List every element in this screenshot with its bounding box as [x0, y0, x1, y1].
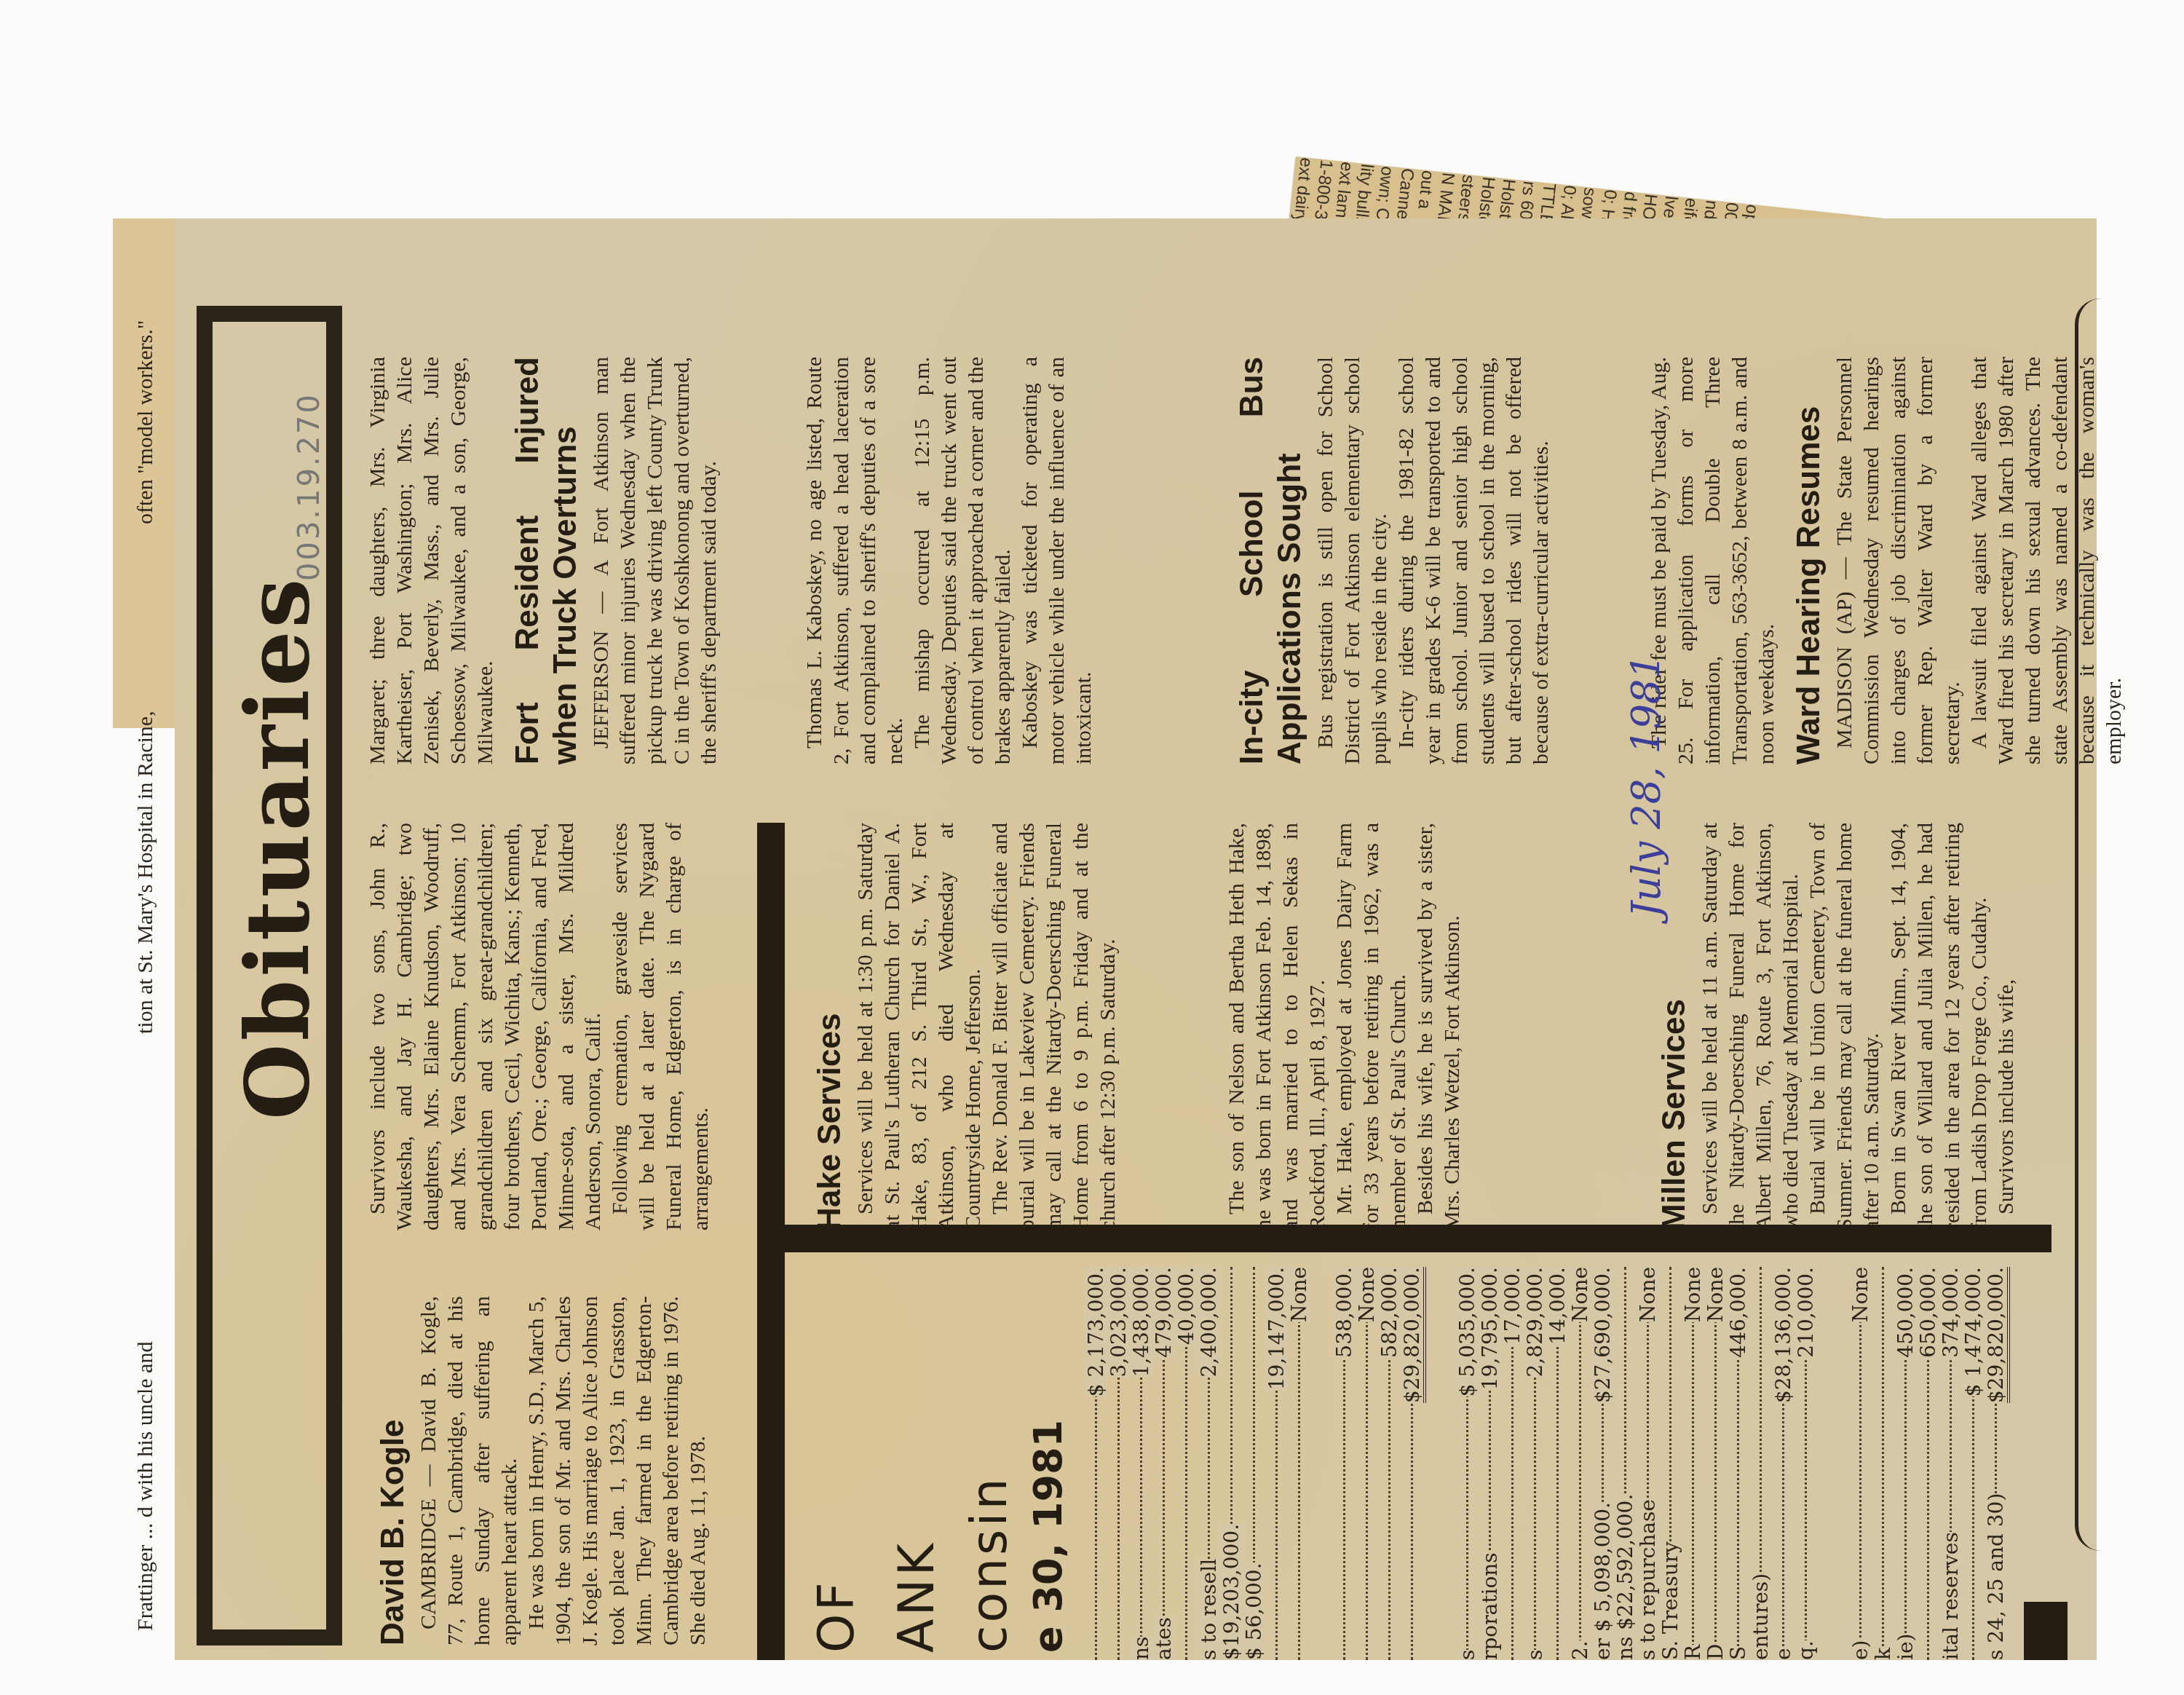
- leader-dots: [1366, 1267, 1368, 1660]
- ledger-label: rporations: [1479, 1552, 1501, 1660]
- ledger-row: RNone: [1682, 1267, 1704, 1660]
- ledger-value: 1,438,000.: [1130, 1267, 1152, 1377]
- paragraph: CAMBRIDGE — David B. Kogle, 77, Route 1,…: [415, 1296, 523, 1645]
- leader-dots: [1714, 1267, 1717, 1660]
- ledger-value: 446,000.: [1727, 1267, 1749, 1358]
- ledger-label: $ 56,000.: [1243, 1562, 1265, 1660]
- ledger-row: 2.None: [1569, 1267, 1591, 1660]
- ledger-value: 479,000.: [1152, 1267, 1175, 1358]
- paragraph: In-city riders during the 1981-82 school…: [1393, 357, 1554, 764]
- paragraph: Burial will be in Union Cemetery, Town o…: [1804, 823, 1885, 1230]
- ledger-row: ital reserves374,000.: [1939, 1267, 1962, 1660]
- ledger-row: S446,000.: [1727, 1267, 1749, 1660]
- ledger-row: 17,000.: [1501, 1267, 1524, 1660]
- bank-title-fragment: OF: [808, 1579, 866, 1653]
- ledger-row: $ 1,474,000.: [1962, 1267, 1985, 1660]
- ledger-row: None: [1288, 1267, 1310, 1660]
- ledger-row: 19,147,000.: [1265, 1267, 1288, 1660]
- ledger-value: None: [1569, 1267, 1591, 1322]
- ledger-value: 14,000.: [1546, 1267, 1569, 1345]
- ledger-row: e$28,136,000.: [1772, 1267, 1795, 1660]
- article-kogle: David B. Kogle CAMBRIDGE — David B. Kogl…: [364, 1296, 711, 1645]
- ledger-label: ital reserves: [1939, 1532, 1962, 1660]
- article-hake: Hake Services Services will be held at 1…: [801, 823, 1121, 1230]
- ledger-label: s: [1456, 1650, 1479, 1660]
- ledger-value: 582,000.: [1378, 1267, 1401, 1358]
- ledger-value: None: [1288, 1267, 1310, 1322]
- ledger-value: None: [1704, 1267, 1727, 1322]
- prev-article-fragment: Frattinger ... d with his uncle and: [131, 1342, 160, 1631]
- paragraph: JEFFERSON — A Fort Atkinson man suffered…: [587, 357, 722, 764]
- ledger-row: S. Treasury: [1659, 1267, 1682, 1660]
- ledger-value: $ 1,474,000.: [1962, 1267, 1985, 1396]
- ledger-value: 17,000.: [1501, 1267, 1524, 1345]
- ledger-row: 3,023,000.: [1107, 1267, 1130, 1660]
- article-millen: Millen Services Services will be held at…: [1645, 823, 2019, 1230]
- ledger-value: $29,820,000.: [1985, 1267, 2010, 1403]
- ledger-row: 14,000.: [1546, 1267, 1569, 1660]
- paragraph: Margaret; three daughters, Mrs. Virginia…: [364, 357, 499, 764]
- article-kogle-cont: Survivors include two sons, John R., Wau…: [364, 823, 714, 1230]
- headline: Ward Hearing Resumes: [1790, 357, 1828, 764]
- ledger-value: $27,690,000.: [1591, 1267, 1614, 1403]
- ledger-row: s$ 5,035,000.: [1456, 1267, 1479, 1660]
- ledger-row: s to repurchaseNone: [1637, 1267, 1659, 1660]
- ledger-row: $19,203,000.: [1220, 1267, 1243, 1660]
- masthead-frame: Obituaries 003.19.270: [197, 306, 342, 1645]
- ledger-row: entures): [1749, 1267, 1772, 1660]
- ledger-value: 210,000.: [1795, 1267, 1817, 1358]
- article-truck: Margaret; three daughters, Mrs. Virginia…: [364, 357, 722, 764]
- ledger-value: 450,000.: [1894, 1267, 1917, 1358]
- paragraph: Thomas L. Kaboskey, no age listed, Route…: [801, 357, 909, 764]
- ledger-row: 538,000.: [1333, 1267, 1356, 1660]
- ledger-value: 3,023,000.: [1107, 1267, 1130, 1377]
- paragraph: Services will be held at 1:30 p.m. Satur…: [852, 823, 986, 1230]
- ledger-label: entures): [1749, 1573, 1772, 1660]
- ledger-row: q.210,000.: [1795, 1267, 1817, 1660]
- ledger-value: $ 5,035,000.: [1456, 1267, 1479, 1396]
- ledger-label: e): [1849, 1640, 1872, 1661]
- leader-dots: [1298, 1267, 1300, 1660]
- paragraph: The son of Nelson and Bertha Heth Hake, …: [1223, 823, 1331, 1230]
- ledger-value: $ 2,173,000.: [1085, 1267, 1107, 1396]
- prev-article-fragment: tion at St. Mary's Hospital in Racine,: [131, 711, 160, 1034]
- ledger-label: ns: [1130, 1637, 1152, 1660]
- ledger-row: 40,000.: [1175, 1267, 1198, 1660]
- ledger-value: 374,000.: [1939, 1267, 1962, 1358]
- ledger-label: ates: [1152, 1617, 1175, 1660]
- ledger-label: ie): [1894, 1634, 1917, 1660]
- bank-ad-border: [757, 823, 785, 1660]
- leader-dots: [1692, 1267, 1694, 1660]
- ledger-value: 2,400,000.: [1198, 1267, 1220, 1377]
- ledger-value: 650,000.: [1917, 1267, 1939, 1358]
- paragraph: Besides his wife, he is survived by a si…: [1412, 823, 1465, 1230]
- bank-title-fragment: consin: [961, 1475, 1019, 1653]
- paragraph: He was born in Henry, S.D., March 5, 190…: [523, 1296, 711, 1645]
- bank-ad-border: [2024, 1602, 2068, 1660]
- ledger-label: s to resell: [1198, 1559, 1220, 1660]
- ledger-value: 19,795,000.: [1479, 1267, 1501, 1390]
- ledger-value: None: [1356, 1267, 1378, 1322]
- ledger-value: $29,820,000.: [1401, 1267, 1426, 1403]
- ledger-value: 19,147,000.: [1265, 1267, 1288, 1390]
- ledger-value: 538,000.: [1333, 1267, 1356, 1358]
- bank-title-fragment: ANK: [888, 1541, 946, 1653]
- masthead-title: Obituaries: [231, 576, 325, 1120]
- ledger-label: 2.: [1569, 1640, 1591, 1660]
- paragraph: Bus registration is still open for Schoo…: [1312, 357, 1393, 764]
- next-article-frame: [2075, 299, 2100, 1551]
- ledger-row: ns $22,592,000.: [1614, 1267, 1637, 1660]
- ledger-row: $ 2,173,000.: [1085, 1267, 1107, 1660]
- ledger-value: None: [1849, 1267, 1872, 1322]
- leader-dots: [1882, 1267, 1884, 1660]
- ledger-label: $19,203,000.: [1220, 1524, 1243, 1660]
- leader-dots: [1579, 1267, 1581, 1660]
- ledger-label: er $ 5,098,000.: [1591, 1502, 1614, 1660]
- paragraph: The mishap occurred at 12:15 p.m. Wednes…: [909, 357, 1016, 764]
- headline: Hake Services: [811, 823, 849, 1230]
- ledger-label: S. Treasury: [1659, 1541, 1682, 1660]
- ledger-liabilities: s$ 5,035,000.rporations19,795,000.17,000…: [1456, 1267, 1817, 1660]
- article-school-bus: In-city School Bus Applications Sought B…: [1223, 357, 1554, 764]
- ledger-row: s2,829,000.: [1524, 1267, 1546, 1660]
- ledger-label: S: [1727, 1646, 1749, 1660]
- paragraph: Kaboskey was ticketed for operating a mo…: [1016, 357, 1097, 764]
- ledger-row: ie)450,000.: [1894, 1267, 1917, 1660]
- ledger-label: D: [1704, 1644, 1727, 1660]
- ledger-assets: $ 2,173,000.3,023,000.ns1,438,000.ates47…: [1085, 1267, 1423, 1660]
- paragraph: The Rev. Donald F. Bitter will officiate…: [986, 823, 1121, 1230]
- ledger-row: [1310, 1267, 1333, 1660]
- ledger-row: s 24, 25 and 30)$29,820,000.: [1985, 1267, 2007, 1660]
- ledger-value: None: [1682, 1267, 1704, 1322]
- ledger-row: 650,000.: [1917, 1267, 1939, 1660]
- bank-ad-border: [785, 1225, 2052, 1252]
- ledger-label: s to repurchase: [1637, 1499, 1659, 1660]
- paragraph: Services will be held at 11 a.m. Saturda…: [1696, 823, 1804, 1230]
- ledger-label: q.: [1795, 1640, 1817, 1660]
- ledger-row: rporations19,795,000.: [1479, 1267, 1501, 1660]
- ledger-row: s to resell2,400,000.: [1198, 1267, 1220, 1660]
- prev-article-fragment: often "model workers.": [131, 320, 160, 524]
- ledger-capital: e)Nonekie)450,000.650,000.ital reserves3…: [1849, 1267, 2007, 1660]
- ledger-row: DNone: [1704, 1267, 1727, 1660]
- paragraph: Born in Swan River Minn., Sept. 14, 1904…: [1885, 823, 1993, 1230]
- ledger-value: $28,136,000.: [1772, 1267, 1795, 1403]
- bank-date-fragment: e 30, 1981: [1026, 1420, 1070, 1653]
- accession-number: 003.19.270: [293, 392, 326, 581]
- ledger-label: s: [1524, 1650, 1546, 1660]
- article-truck-cont: Thomas L. Kaboskey, no age listed, Route…: [801, 357, 1097, 764]
- ledger-row: $ 56,000.: [1243, 1267, 1265, 1660]
- ledger-value: 40,000.: [1175, 1267, 1198, 1345]
- ledger-row: e)None: [1849, 1267, 1872, 1660]
- ledger-row: None: [1356, 1267, 1378, 1660]
- ledger-label: ns $22,592,000.: [1614, 1494, 1637, 1660]
- ledger-label: s 24, 25 and 30): [1985, 1493, 2007, 1660]
- headline: Fort Resident Injured when Truck Overtur…: [509, 357, 585, 764]
- paragraph: Survivors include two sons, John R., Wau…: [364, 823, 606, 1230]
- ledger-row: $29,820,000.: [1401, 1267, 1423, 1660]
- paragraph: A lawsuit filed against Ward alleges tha…: [1966, 357, 2127, 764]
- headline: In-city School Bus Applications Sought: [1233, 357, 1309, 764]
- ledger-row: 582,000.: [1378, 1267, 1401, 1660]
- ledger-value: None: [1637, 1267, 1659, 1322]
- paragraph: Survivors include his wife,: [1993, 823, 2019, 1230]
- handwritten-date: July 28, 1981: [1623, 654, 1669, 917]
- ledger-label: e: [1772, 1648, 1795, 1660]
- ledger-label: k: [1872, 1648, 1894, 1660]
- ledger-row: ns1,438,000.: [1130, 1267, 1152, 1660]
- ledger-row: er $ 5,098,000.$27,690,000.: [1591, 1267, 1614, 1660]
- ledger-label: R: [1682, 1645, 1704, 1660]
- paragraph: Following cremation, graveside services …: [606, 823, 714, 1230]
- ledger-row: ates479,000.: [1152, 1267, 1175, 1660]
- article-hake-cont: The son of Nelson and Bertha Heth Hake, …: [1223, 823, 1465, 1230]
- rotated-page: Frattinger ... d with his uncle and tion…: [175, 218, 2097, 1660]
- ledger-row: k: [1872, 1267, 1894, 1660]
- leader-dots: [1859, 1267, 1861, 1660]
- paragraph: Mr. Hake, employed at Jones Dairy Farm f…: [1331, 823, 1412, 1230]
- newspaper-clipping: Frattinger ... d with his uncle and tion…: [175, 218, 2097, 1660]
- ledger-value: 2,829,000.: [1524, 1267, 1546, 1377]
- article-ward: The rider fee must be paid by Tuesday, A…: [1645, 357, 2127, 764]
- headline: David B. Kogle: [374, 1296, 412, 1645]
- paragraph: MADISON (AP) — The State Personnel Commi…: [1831, 357, 1966, 764]
